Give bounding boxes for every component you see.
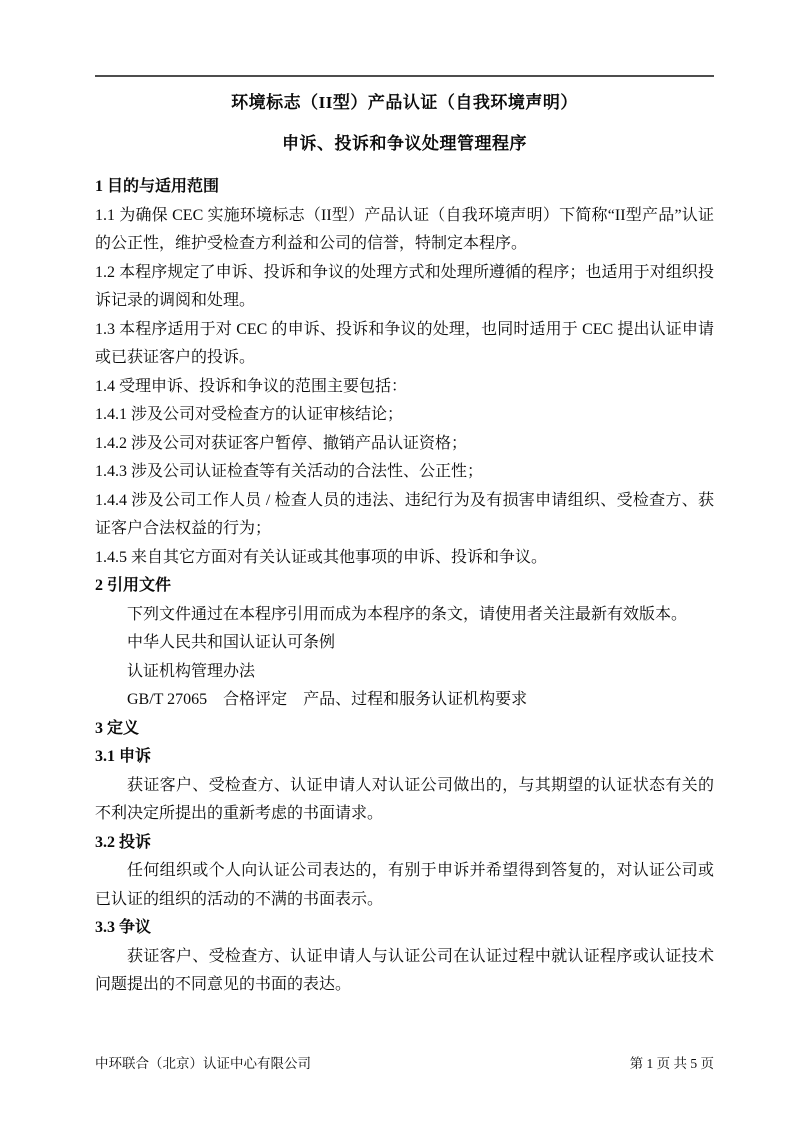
header-rule <box>95 75 714 77</box>
document-body: 1 目的与适用范围 1.1 为确保 CEC 实施环境标志（II型）产品认证（自我… <box>95 173 714 1000</box>
section-2-heading: 2 引用文件 <box>95 572 714 601</box>
doc-title-line2: 申诉、投诉和争议处理管理程序 <box>95 131 714 157</box>
para-1-4-4: 1.4.4 涉及公司工作人员 / 检查人员的违法、违纪行为及有损害申请组织、受检… <box>95 487 714 544</box>
para-1-4: 1.4 受理申诉、投诉和争议的范围主要包括： <box>95 373 714 402</box>
document-page: 环境标志（II型）产品认证（自我环境声明） 申诉、投诉和争议处理管理程序 1 目… <box>0 0 808 1142</box>
para-1-3: 1.3 本程序适用于对 CEC 的申诉、投诉和争议的处理，也同时适用于 CEC … <box>95 316 714 373</box>
reference-item-2: 认证机构管理办法 <box>95 658 714 687</box>
footer-company: 中环联合（北京）认证中心有限公司 <box>95 1055 311 1072</box>
para-1-4-5: 1.4.5 来自其它方面对有关认证或其他事项的申诉、投诉和争议。 <box>95 544 714 573</box>
para-3-1: 获证客户、受检查方、认证申请人对认证公司做出的，与其期望的认证状态有关的不利决定… <box>95 772 714 829</box>
reference-item-3: GB/T 27065 合格评定 产品、过程和服务认证机构要求 <box>95 686 714 715</box>
para-1-4-1: 1.4.1 涉及公司对受检查方的认证审核结论； <box>95 401 714 430</box>
section-1-heading: 1 目的与适用范围 <box>95 173 714 202</box>
section-2-intro: 下列文件通过在本程序引用而成为本程序的条文，请使用者关注最新有效版本。 <box>95 601 714 630</box>
section-3-2-heading: 3.2 投诉 <box>95 829 714 858</box>
page-content: 环境标志（II型）产品认证（自我环境声明） 申诉、投诉和争议处理管理程序 1 目… <box>95 0 714 1000</box>
footer-page-number: 第 1 页 共 5 页 <box>630 1055 714 1072</box>
para-1-1: 1.1 为确保 CEC 实施环境标志（II型）产品认证（自我环境声明）下简称“I… <box>95 202 714 259</box>
section-3-3-heading: 3.3 争议 <box>95 914 714 943</box>
reference-item-1: 中华人民共和国认证认可条例 <box>95 629 714 658</box>
doc-title-line1: 环境标志（II型）产品认证（自我环境声明） <box>95 90 714 116</box>
para-1-4-3: 1.4.3 涉及公司认证检查等有关活动的合法性、公正性； <box>95 458 714 487</box>
para-3-2: 任何组织或个人向认证公司表达的，有别于申诉并希望得到答复的，对认证公司或已认证的… <box>95 857 714 914</box>
page-footer: 中环联合（北京）认证中心有限公司 第 1 页 共 5 页 <box>95 1055 714 1072</box>
section-3-1-heading: 3.1 申诉 <box>95 743 714 772</box>
para-1-2: 1.2 本程序规定了申诉、投诉和争议的处理方式和处理所遵循的程序；也适用于对组织… <box>95 259 714 316</box>
para-1-4-2: 1.4.2 涉及公司对获证客户暂停、撤销产品认证资格； <box>95 430 714 459</box>
para-3-3: 获证客户、受检查方、认证申请人与认证公司在认证过程中就认证程序或认证技术问题提出… <box>95 943 714 1000</box>
section-3-heading: 3 定义 <box>95 715 714 744</box>
